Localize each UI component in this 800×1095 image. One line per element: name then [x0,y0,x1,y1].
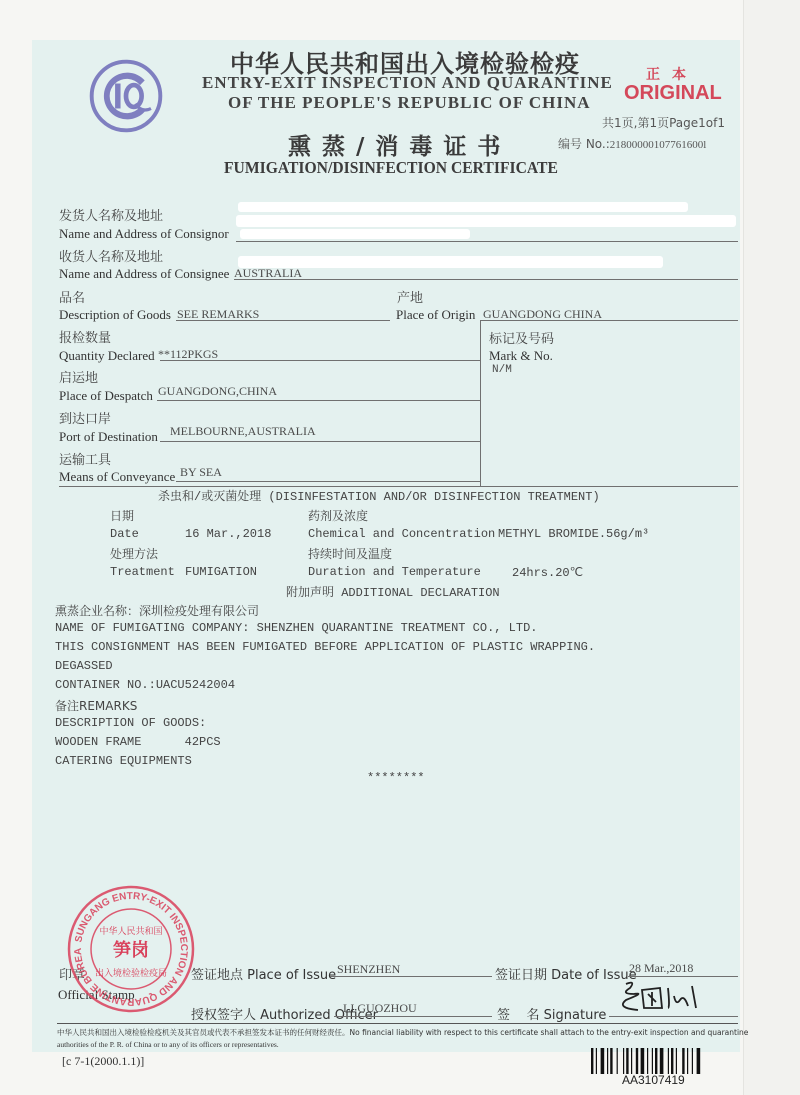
date-label-cn: 日期 [110,507,134,524]
barcode-icon [591,1048,731,1074]
mark-value: N/M [492,364,512,376]
consignee-label-cn: 收货人名称及地址 [59,246,163,265]
declaration-line: DEGASSED [55,659,113,673]
consignor-redaction-2 [236,215,736,227]
consignor-label-en: Name and Address of Consignor [59,226,229,242]
cert-no-label: 编号 No.: [558,137,610,151]
svg-text:出入境检验检疫局: 出入境检验检疫局 [95,967,167,979]
method-label-cn: 处理方法 [110,545,158,562]
barcode-number: AA3107419 [622,1073,685,1087]
destination-label-cn: 到达口岸 [59,408,111,427]
treatment-section-title: 杀虫和/或灭菌处理 (DISINFESTATION AND/OR DISINFE… [158,487,600,504]
end-marker: ******** [367,771,425,785]
declaration-line: CATERING EQUIPMENTS [55,754,192,768]
declaration-line: 熏蒸企业名称：深圳检疫处理有限公司 [55,602,259,619]
mark-label-cn: 标记及号码 [489,328,554,347]
place-of-issue-value: SHENZHEN [337,962,400,977]
conveyance-label-cn: 运输工具 [59,449,111,468]
method-value: FUMIGATION [185,565,257,579]
title-cn: 熏蒸/消毒证书 [288,128,511,161]
certificate-number: 编号 No.:21800000107761600l [558,135,706,152]
svg-text:中华人民共和国: 中华人民共和国 [99,925,162,937]
declaration-title: 附加声明 ADDITIONAL DECLARATION [286,583,500,600]
disclaimer-line-2: authorities of the P. R. of China or to … [57,1040,279,1049]
declaration-line: NAME OF FUMIGATING COMPANY: SHENZHEN QUA… [55,621,537,635]
page-info: 共1页,第1页Page1of1 [602,114,725,131]
origin-label-cn: 产地 [397,287,423,306]
cert-no-value: 21800000107761600l [610,139,707,151]
duration-label-en: Duration and Temperature [308,565,481,579]
quantity-label-cn: 报检数量 [59,327,111,346]
despatch-label-en: Place of Despatch [59,388,153,404]
despatch-label-cn: 启运地 [59,367,98,386]
title-en: FUMIGATION/DISINFECTION CERTIFICATE [224,158,558,178]
declaration-line: WOODEN FRAME 42PCS [55,735,221,749]
original-mark-cn: 正本 [646,64,698,84]
goods-label-en: Description of Goods [59,307,171,323]
signature-icon [612,978,702,1016]
date-of-issue-value: 28 Mar.,2018 [629,961,693,976]
paper-edge [743,0,800,1095]
consignor-redaction-1 [238,202,688,212]
place-of-issue-label: 签证地点 Place of Issue [191,964,336,983]
destination-label-en: Port of Destination [59,429,158,445]
despatch-value: GUANGDONG,CHINA [158,384,277,399]
conveyance-label-en: Means of Conveyance [59,469,175,485]
chemical-label-en: Chemical and Concentration [308,527,495,541]
method-label-en: Treatment [110,565,175,579]
treatment-date-value: 16 Mar.,2018 [185,527,271,541]
authority-name-en-line2: OF THE PEOPLE'S REPUBLIC OF CHINA [228,93,591,113]
ciq-logo-icon [87,57,165,135]
authority-name-en-line1: ENTRY-EXIT INSPECTION AND QUARANTINE [202,73,613,93]
chemical-label-cn: 药剂及浓度 [308,507,368,524]
consignor-label-cn: 发货人名称及地址 [59,205,163,224]
origin-label-en: Place of Origin [396,307,475,323]
authorized-officer-value: LI GUOZHOU [343,1001,417,1016]
chemical-value: METHYL BROMIDE.56g/m³ [498,527,649,541]
consignor-redaction-3 [240,229,470,239]
form-code: [c 7-1(2000.1.1)] [62,1054,144,1069]
original-mark-en: ORIGINAL [624,82,722,105]
consignee-label-en: Name and Address of Consignee [59,266,229,282]
goods-label-cn: 品名 [59,287,85,306]
conveyance-value: BY SEA [180,465,222,480]
svg-text:笋岗: 笋岗 [113,939,149,961]
disclaimer-line-1: 中华人民共和国出入境检验检疫机关及其官员或代表不承担签发本证书的任何财经责任。N… [57,1027,748,1038]
signature-label: 签 名 Signature [497,1004,606,1023]
declaration-line: DESCRIPTION OF GOODS: [55,716,206,730]
remarks-heading: 备注REMARKS [55,697,137,714]
destination-value: MELBOURNE,AUSTRALIA [170,424,316,439]
declaration-line: CONTAINER NO.:UACU5242004 [55,678,235,692]
official-stamp-icon: SUNGANG ENTRY-EXIT INSPECTION AND QUARAN… [66,884,196,1014]
quantity-label-en: Quantity Declared [59,348,155,364]
declaration-line: THIS CONSIGNMENT HAS BEEN FUMIGATED BEFO… [55,640,595,654]
mark-label-en: Mark & No. [489,348,553,364]
date-label-en: Date [110,527,139,541]
duration-label-cn: 持续时间及温度 [308,545,392,562]
duration-value: 24hrs.20℃ [512,565,583,580]
